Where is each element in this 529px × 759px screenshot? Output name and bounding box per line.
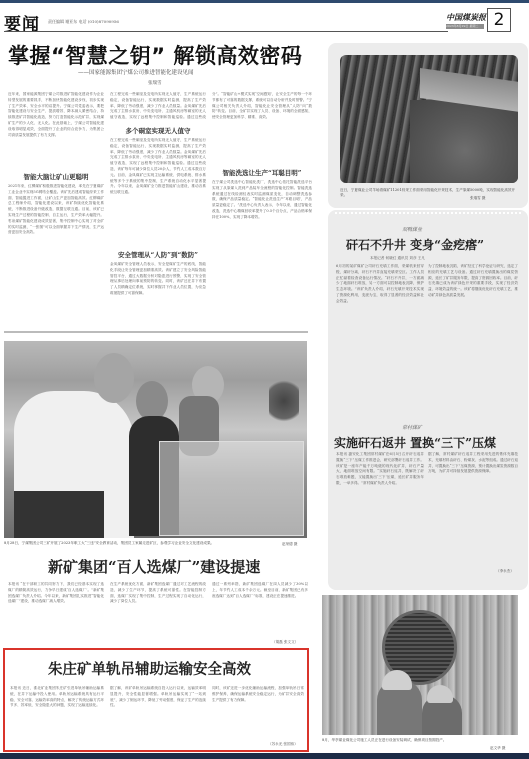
side-story2-col1: 本报讯 潞安化工集团常村煤矿在6月5日召开矸石返井置换“三下”压煤工作推进会，研… xyxy=(336,452,424,574)
lead-subhead-4: 智能洗选让生产“耳聪目明” xyxy=(214,168,310,177)
lead-body-col2-cont: 在工程完成一些硐室及变电所实现无人值守，生产系统运行稳定，设备智能运行，实现数据… xyxy=(110,138,206,226)
lead-subtitle: ——国家能源集团宁煤公司推进智能化建设见闻 xyxy=(78,68,194,76)
newspaper-date-strip: 2023年8月29日 星期二 xyxy=(446,24,484,29)
lead-subhead-2: 智能大脑让矿山更聪明 xyxy=(10,172,102,181)
newspaper-logo: 中国煤炭报 xyxy=(446,12,486,23)
visitors-photo-caption: 8月28日，宁煤集团公司三矿开展了2023年职工大“三违”安全教育活动，集团员工… xyxy=(4,541,259,547)
editor-line: 责任编辑 谢亚东 电话 (010)87090956 xyxy=(48,19,119,25)
lead-byline: 张瑞雪 xyxy=(148,80,162,86)
lead-body-col2: 在工程完成一些硐室及变电所实现无人值守，生产系统运行稳定，设备智能运行，实现数据… xyxy=(110,92,206,120)
story3-col2: 据了解，该矿单轨吊运输系统自投入运行以来，运输效率明显提升，安全性能显著增强。单… xyxy=(110,686,206,748)
lead-body-col2b: 金凤煤矿安全管理人员表示，安全是煤矿生产的底线，智能化手段让安全管理更加精准高效… xyxy=(110,262,206,324)
side-story1-kicker: 双鸭煤业 xyxy=(402,226,422,233)
page-header: 要闻 责任编辑 谢亚东 电话 (010)87090956 中国煤炭报 2023年… xyxy=(0,4,529,34)
visitors-photo-credit: 赵荣德 摄 xyxy=(282,542,298,547)
lead-body-col3b: 在宁煤公司洗选中心智能化洗厂，洗选中心依托智能洗选平台实现了从原煤入洗到产品装车… xyxy=(212,180,312,324)
story2-credit: （胡磊 张文文） xyxy=(272,640,298,645)
story2-col3: 通过一系列举措，新矿集团选煤厂在岗人员减少了30%以上，年节约人工成本千余万元。… xyxy=(212,582,308,638)
construction-photo[interactable] xyxy=(322,595,518,735)
man-head xyxy=(94,353,134,403)
lead-body-col1b: 2021年来，红柳煤矿积极推进智能化建设，率先在宁夏煤矿工业企业中实现5G网络全… xyxy=(8,184,104,324)
plant-shape xyxy=(269,376,299,426)
top-rule xyxy=(0,0,529,3)
mine-photo-credit: 张瑞雪 摄 xyxy=(470,196,486,201)
section-divider xyxy=(4,331,308,333)
woman-head xyxy=(136,381,168,421)
story3-credit: （苏永光 张国伟） xyxy=(268,742,298,747)
hardhat xyxy=(427,685,453,703)
side-story1-headline[interactable]: 矸石不升井 变身“金疙瘩” xyxy=(346,236,484,253)
man-pants xyxy=(14,491,104,538)
story2-headline[interactable]: 新矿集团“百人选煤厂”建设提速 xyxy=(48,556,260,577)
lead-body-col1: 近年来，国家能源集团宁煤公司推进矿智能化建设作为企业转型发展的重要抓手，不断加快… xyxy=(8,92,104,157)
side-story2-col2: 据了解，常村煤矿矸石返井工程采用先进的膏体充填技术，充填材料由矸石、粉煤灰、水泥… xyxy=(428,452,518,568)
side-story1-byline: 本报记者 何晓红 通讯员 刘彦 王凡 xyxy=(370,256,425,261)
mine-photo-caption: 近日，宁夏煤业公司羊场湾煤矿11201综采工作面采用智能化开采技术，生产原煤50… xyxy=(340,188,518,200)
side-story2-kicker: 常村煤矿 xyxy=(402,424,422,431)
construction-photo-credit: 赵文华 摄 xyxy=(490,746,506,751)
lead-headline[interactable]: 掌握“智慧之钥” 解锁高效密码 xyxy=(8,40,323,70)
side-story1-col2: 为了控制地表沉陷，该矿经过了科学论证与研究，选定了相应的充填工艺与设备。通过矸石… xyxy=(428,264,518,378)
story2-col1: 本报讯 “在干部职工的共同努力下，我们已经基本实现了选煤厂的精简高效运行，力争早… xyxy=(8,582,104,644)
side-story2-credit: （李永杰） xyxy=(496,569,514,574)
visitors-photo[interactable] xyxy=(4,341,307,538)
display-case xyxy=(159,441,304,536)
story3-col1: 本报讯 近日，淮北矿业集团朱庄矿引进单轨吊辅助运输系统，在井下运输中投入使用。单… xyxy=(10,686,104,748)
story2-col2: 在生产系统优化方面，新矿集团选煤厂通过对工艺流程的改造，减少了生产环节，提高了系… xyxy=(110,582,206,644)
side-story2-headline[interactable]: 实施矸石返井 置换“三下”压煤 xyxy=(334,434,496,451)
lead-body-col3: 分”。“智能矿山+模式实现‘空间感知’，让安全生产的每一个环节都有了可靠的数据支… xyxy=(212,92,312,162)
lead-subhead-1: 多个硐室实现无人值守 xyxy=(112,126,204,135)
bottom-bar xyxy=(0,753,529,759)
story3-headline[interactable]: 朱庄矿单轨吊辅助运输安全高效 xyxy=(48,658,251,679)
header-rule xyxy=(4,31,448,32)
construction-photo-caption: 8月，华亭煤业煤化公司施工人员正在进行设备安装调试，确保项目按期投产。 xyxy=(322,738,502,750)
lead-subhead-3: 安全管理从“人防”到“数防” xyxy=(112,250,204,259)
dotted-divider xyxy=(335,212,521,214)
page-number: 2 xyxy=(487,8,511,32)
side-story1-col1: 6月初的某矿煤矿公司矸石充填工作面，采煤机来回穿梭，煤矸分离，矸石不升井直接充填… xyxy=(336,264,424,378)
story3-col3: 同时，该矿还进一步优化辅助运输流程，加强单轨吊日常维护保养，确保运输系统安全稳定… xyxy=(212,686,304,738)
mine-tunnel-photo[interactable] xyxy=(340,55,518,183)
